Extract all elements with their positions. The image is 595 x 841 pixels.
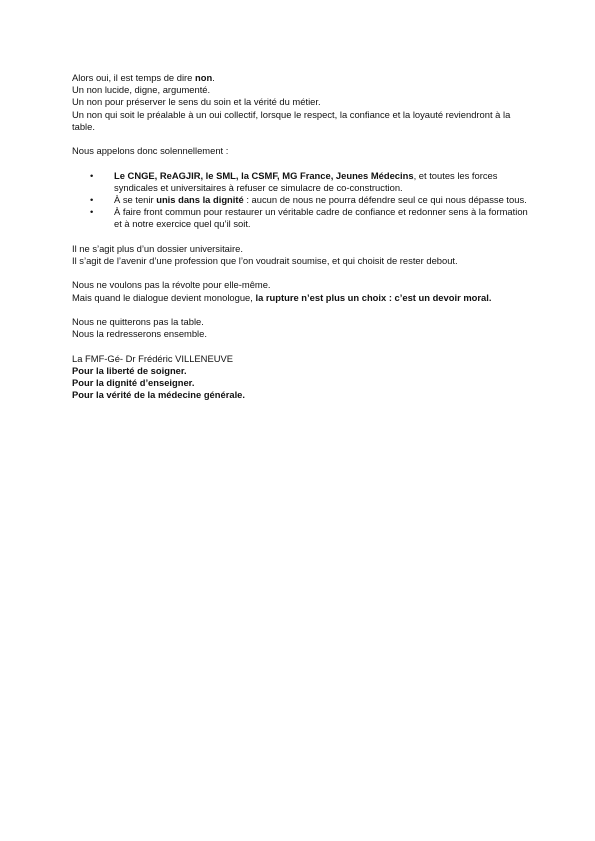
emphasis-unity: unis dans la dignité (156, 194, 244, 205)
paragraph-dossier: Il ne s’agit plus d’un dossier universit… (72, 243, 532, 267)
text: À faire front commun pour restaurer un v… (114, 206, 528, 229)
opening-line-4: Un non qui soit le préalable à un oui co… (72, 109, 532, 133)
text-line: Nous ne voulons pas la révolte pour elle… (72, 279, 532, 291)
emphasis-moral-duty: la rupture n’est plus un choix : c’est u… (255, 292, 491, 303)
opening-line-3: Un non pour préserver le sens du soin et… (72, 96, 532, 108)
text: Mais quand le dialogue devient monologue… (72, 292, 255, 303)
call-list: • Le CNGE, ReAGJIR, le SML, la CSMF, MG … (72, 170, 532, 231)
paragraph-table: Nous ne quitterons pas la table. Nous la… (72, 316, 532, 340)
text-line: Nous la redresserons ensemble. (72, 328, 532, 340)
text: : aucun de nous ne pourra défendre seul … (244, 194, 527, 205)
opening-paragraph: Alors oui, il est temps de dire non. Un … (72, 72, 532, 133)
call-intro: Nous appelons donc solennellement : (72, 145, 532, 157)
motto: Pour la vérité de la médecine générale. (72, 389, 245, 400)
motto: Pour la dignité d’enseigner. (72, 377, 194, 388)
document-page: Alors oui, il est temps de dire non. Un … (72, 72, 532, 401)
text-line: Mais quand le dialogue devient monologue… (72, 292, 532, 304)
paragraph-revolt: Nous ne voulons pas la révolte pour elle… (72, 279, 532, 303)
text: À se tenir (114, 194, 156, 205)
text: Alors oui, il est temps de dire (72, 72, 195, 83)
motto: Pour la liberté de soigner. (72, 365, 187, 376)
text-line: Nous ne quitterons pas la table. (72, 316, 532, 328)
text-line: Il s’agit de l’avenir d’une profession q… (72, 255, 532, 267)
emphasis-non: non (195, 72, 212, 83)
signature-block: La FMF-Gé- Dr Frédéric VILLENEUVE Pour l… (72, 353, 532, 402)
bullet-icon: • (90, 206, 102, 218)
list-item: • À se tenir unis dans la dignité : aucu… (90, 194, 532, 206)
text-line: Il ne s’agit plus d’un dossier universit… (72, 243, 532, 255)
opening-line-1: Alors oui, il est temps de dire non. (72, 72, 532, 84)
list-item: • Le CNGE, ReAGJIR, le SML, la CSMF, MG … (90, 170, 532, 194)
signature-author: La FMF-Gé- Dr Frédéric VILLENEUVE (72, 353, 532, 365)
bullet-icon: • (90, 194, 102, 206)
organizations-list: Le CNGE, ReAGJIR, le SML, la CSMF, MG Fr… (114, 170, 414, 181)
bullet-icon: • (90, 170, 102, 182)
text: . (212, 72, 215, 83)
list-item: • À faire front commun pour restaurer un… (90, 206, 532, 230)
opening-line-2: Un non lucide, digne, argumenté. (72, 84, 532, 96)
